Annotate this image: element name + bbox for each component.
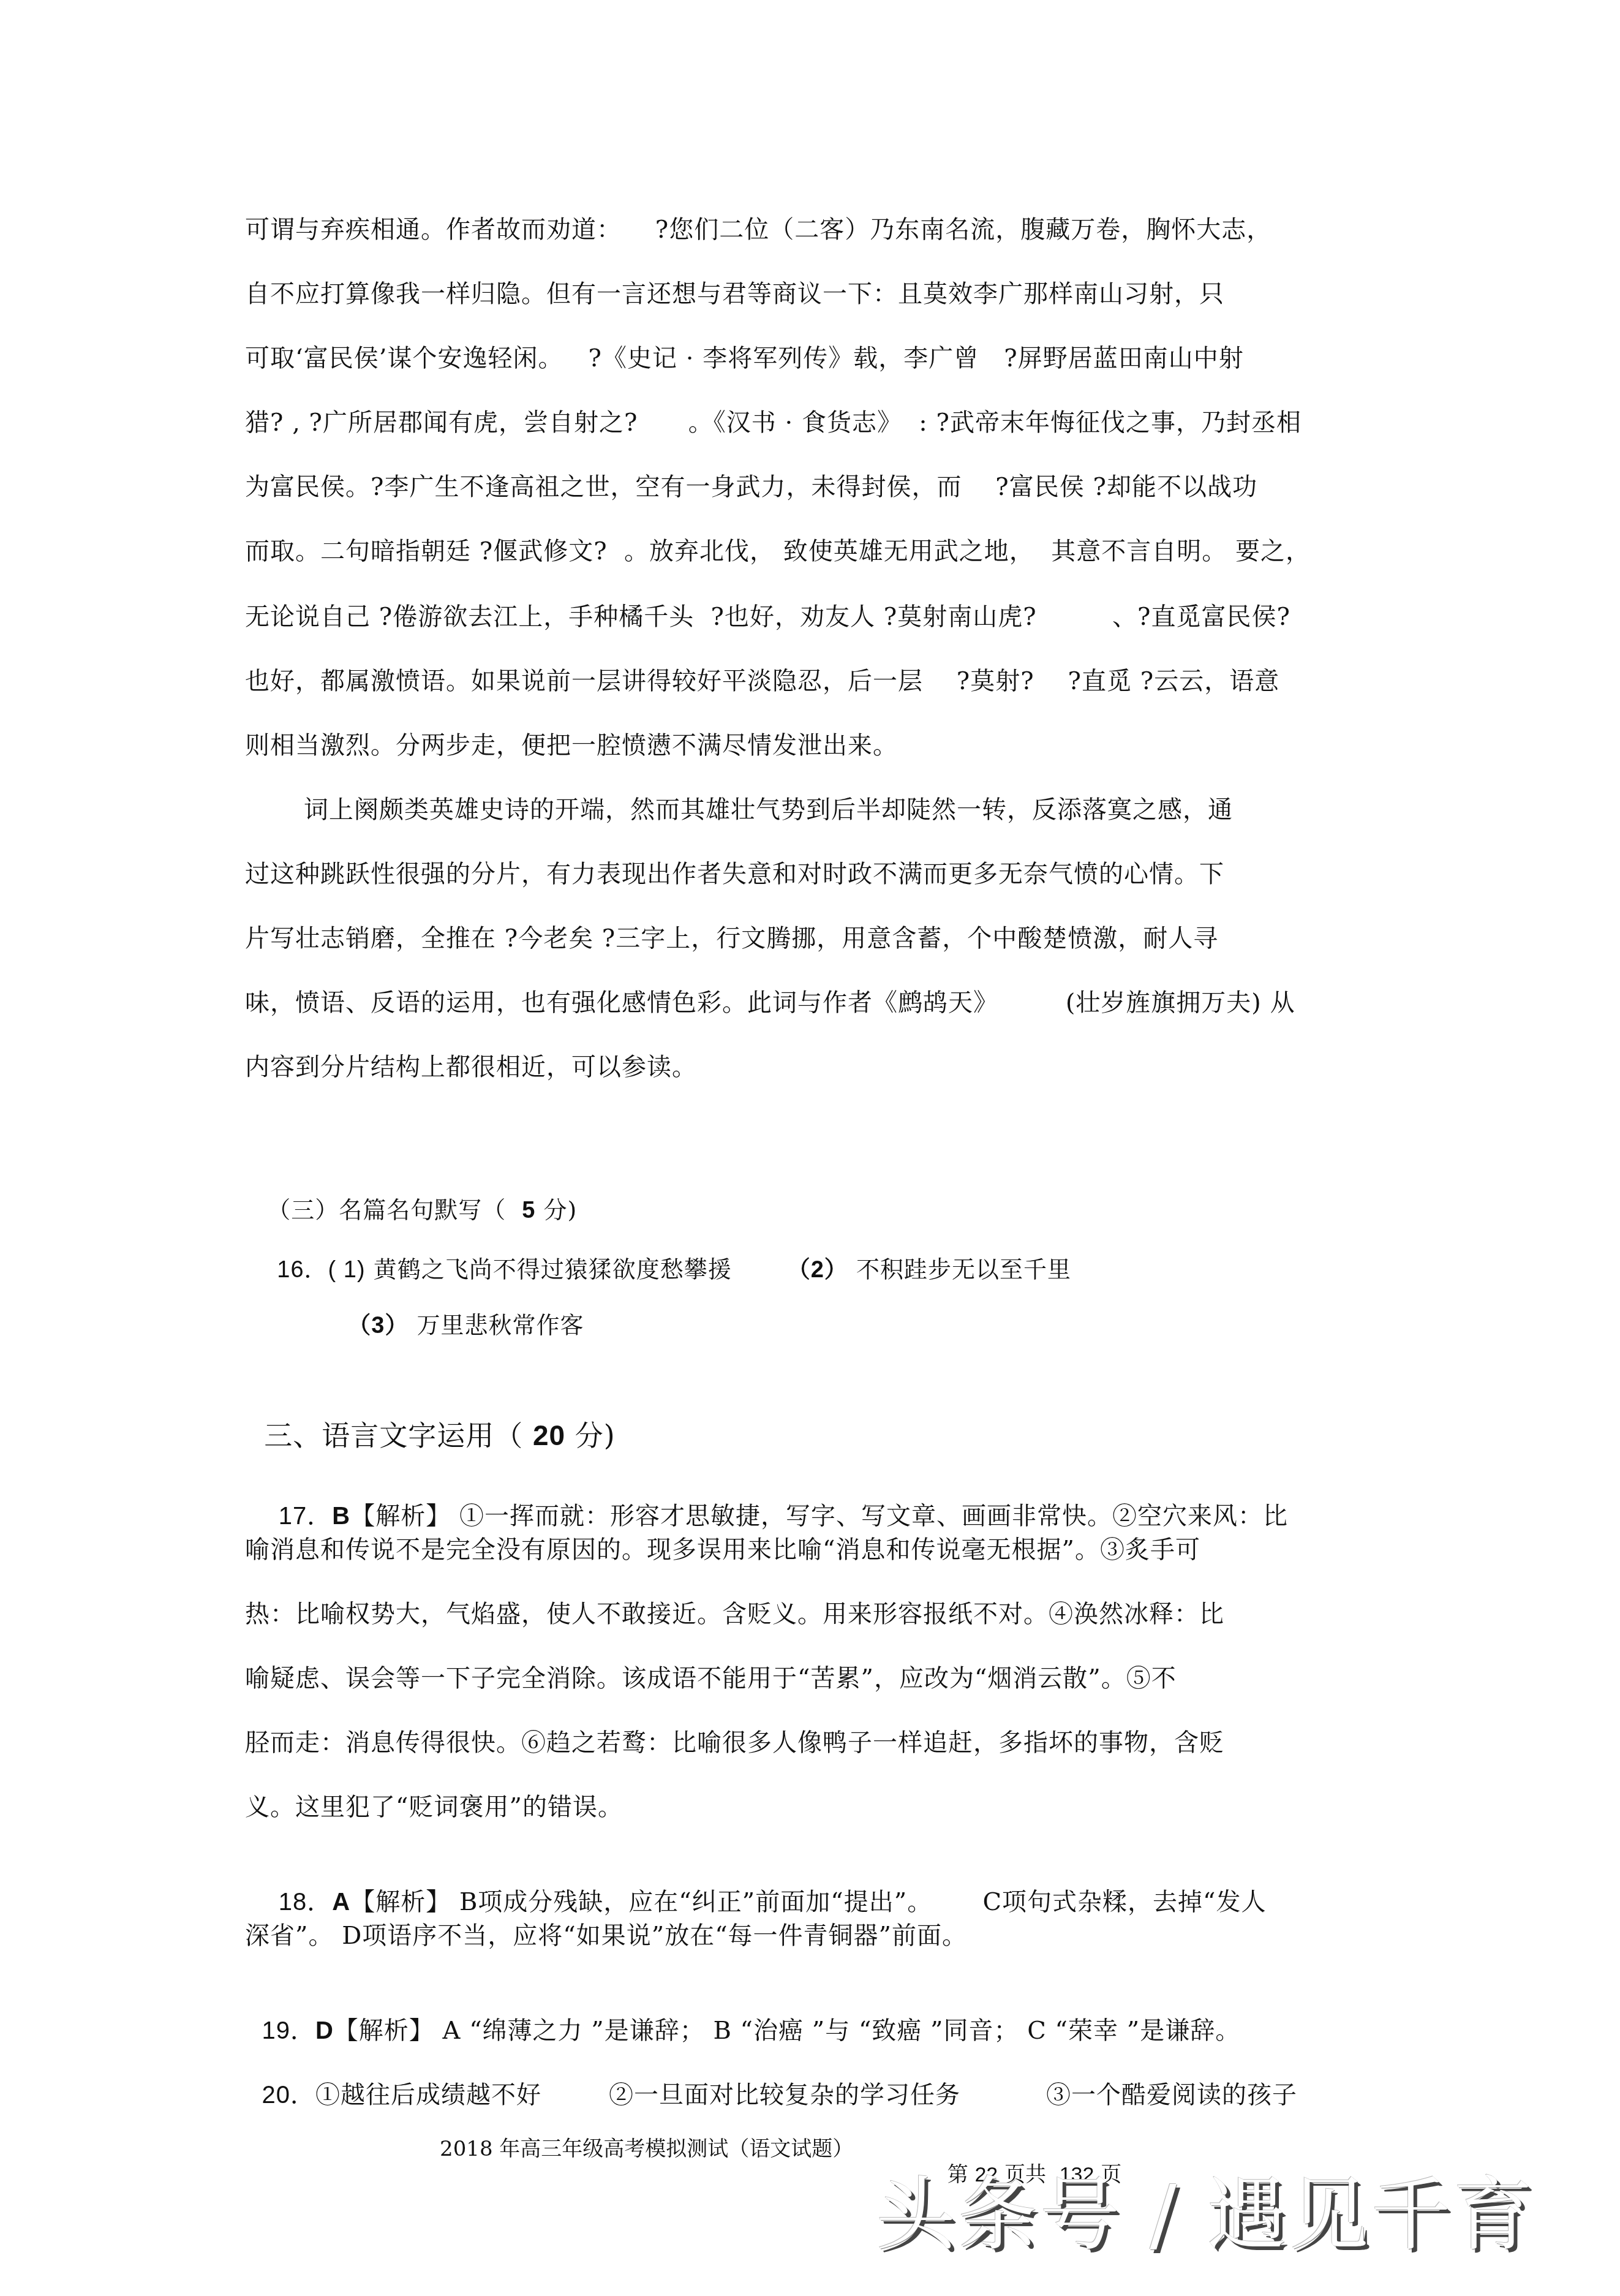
text-line: 胫而走：消息传得很快。⑥趋之若鹜：比喻很多人像鸭子一样追赶，多指坏的事物，含贬 — [245, 1728, 1224, 1758]
section-heading-recite: （三）名篇名句默写（ 5 分) — [251, 1164, 577, 1226]
answer-letter: B — [332, 1503, 350, 1530]
section-title-end: 分) — [565, 1419, 616, 1452]
question-19: 19．D【解析】 A “绵薄之力 ”是谦辞； B “治癌 ”与 “致癌 ”同音；… — [245, 1985, 1240, 2046]
item-label: （3） — [347, 1313, 409, 1339]
item-label: （2） — [787, 1257, 848, 1283]
question-20: 20．①越往后成绩越不好②一旦面对比较复杂的学习任务③一个酷爱阅读的孩子 — [245, 2049, 1297, 2110]
answer-item: ③一个酷爱阅读的孩子 — [1046, 2081, 1297, 2109]
analysis-text: A “绵薄之力 ”是谦辞； B “治癌 ”与 “致癌 ”同音； C “荣幸 ”是… — [434, 2017, 1240, 2045]
question-number: 18． — [279, 1889, 333, 1916]
text-line: 而取。二句暗指朝廷 ?偃武修文? 。放弃北伐， 致使英雄无用武之地， 其意不言自… — [245, 536, 1311, 567]
answer-letter: D — [315, 2017, 334, 2044]
text-line: 可取‘富民侯’谋个安逸轻闲。 ?《史记 · 李将军列传》载，李广曾 ?屏野居蓝田… — [245, 343, 1244, 374]
text-line: 为富民侯。?李广生不逢高祖之世，空有一身武力，未得封侯，而 ?富民侯 ?却能不以… — [245, 472, 1257, 502]
text-line: 内容到分片结构上都很相近，可以参读。 — [245, 1052, 697, 1082]
question-number: 19． — [262, 2017, 315, 2044]
text-line: 自不应打算像我一样归隐。但有一言还想与君等商议一下：且莫效李广那样南山习射，只 — [245, 279, 1224, 309]
question-number: 17． — [279, 1503, 333, 1530]
answer-item: ②一旦面对比较复杂的学习任务 — [609, 2081, 960, 2109]
text-line: 喻消息和传说不是完全没有原因的。现多误用来比喻“消息和传说毫无根据”。③炙手可 — [245, 1535, 1200, 1565]
text-line: 深省”。 D项语序不当，应将“如果说”放在“每一件青铜器”前面。 — [245, 1920, 967, 1951]
answer-text: 万里悲秋常作客 — [409, 1312, 584, 1339]
section-title-end: 分) — [535, 1196, 577, 1223]
text-line: 无论说自己 ?倦游欲去江上，手种橘千头 ?也好，劝友人 ?莫射南山虎? 、?直觅… — [245, 602, 1290, 632]
question-number: 20． — [262, 2082, 315, 2109]
analysis-tag: 【解析】 — [350, 1888, 451, 1916]
footer-exam-title: 2018 年高三年级高考模拟测试（语文试题） — [440, 2137, 853, 2161]
section-score: 20 — [533, 1419, 565, 1451]
analysis-text: B项成分残缺，应在“纠正”前面加“提出”。 C项句式杂糅，去掉“发人 — [451, 1888, 1266, 1916]
section-title: （三）名篇名句默写（ — [267, 1196, 522, 1223]
analysis-tag: 【解析】 — [350, 1502, 451, 1530]
text-line: 也好，都属激愤语。如果说前一层讲得较好平淡隐忍，后一层 ?莫射? ?直觅 ?云云… — [245, 666, 1279, 697]
answer-item: ①越往后成绩越不好 — [315, 2081, 541, 2109]
text-line: 猎? , ?广所居郡闻有虎，尝自射之? 。《汉书 · 食货志》 : ?武帝末年悔… — [245, 407, 1302, 438]
question-16-line-2: （3） 万里悲秋常作客 — [315, 1279, 584, 1372]
text-line: 片写壮志销磨，全推在 ?今老矣 ?三字上，行文腾挪，用意含蓄，个中酸楚愤激，耐人… — [245, 923, 1218, 954]
answer-text: 不积跬步无以至千里 — [848, 1256, 1071, 1283]
text-line: 味，愤语、反语的运用，也有强化感情色彩。此词与作者《鹧鸪天》 (壮岁旌旗拥万夫)… — [245, 988, 1295, 1018]
answer-letter: A — [332, 1889, 350, 1916]
text-line: 热：比喻权势大，气焰盛，使人不敢接近。含贬义。用来形容报纸不对。④涣然冰释：比 — [245, 1599, 1224, 1629]
text-line: 义。这里犯了“贬词褒用”的错误。 — [245, 1792, 623, 1822]
section-heading-language: 三、语言文字运用（ 20 分) — [245, 1389, 616, 1451]
text-line: 词上阕颇类英雄史诗的开端，然而其雄壮气势到后半却陡然一转，反添落寞之感，通 — [304, 795, 1233, 825]
text-line: 可谓与弃疾相通。作者故而劝道： ?您们二位（二客）乃东南名流，腹藏万卷，胸怀大志… — [245, 214, 1272, 245]
text-line: 过这种跳跃性很强的分片，有力表现出作者失意和对时政不满而更多无奈气愤的心情。下 — [245, 859, 1224, 889]
text-line: 则相当激烈。分两步走，便把一腔愤懑不满尽情发泄出来。 — [245, 730, 898, 761]
watermark: 头条号 / 遇见千育 — [876, 2169, 1535, 2260]
section-score: 5 — [522, 1198, 535, 1223]
section-title: 三、语言文字运用（ — [264, 1419, 533, 1452]
analysis-text: ①一挥而就：形容才思敏捷，写字、写文章、画画非常快。②空穴来风：比 — [451, 1502, 1288, 1530]
analysis-tag: 【解析】 — [334, 2017, 434, 2045]
text-line: 喻疑虑、误会等一下子完全消除。该成语不能用于“苦累”，应改为“烟消云散”。⑤不 — [245, 1663, 1177, 1694]
